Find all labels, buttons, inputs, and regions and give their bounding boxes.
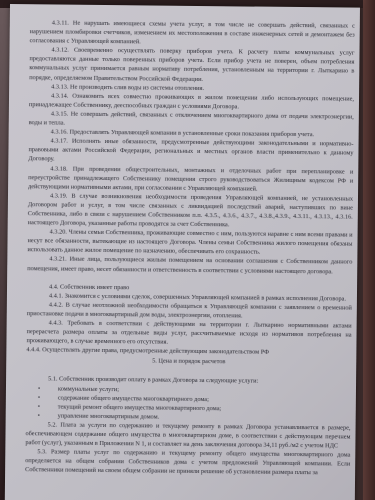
clause-number: 4.3.13. <box>51 83 68 90</box>
clause-number: 5.2. <box>48 421 58 428</box>
clause-4-3-17: 4.3.17. Исполнять иные обязанности, пред… <box>28 136 353 167</box>
clause-4-3-11: 4.3.11. Не нарушать имеющиеся схемы учет… <box>30 18 355 49</box>
clause-4-4-3: 4.4.3. Требовать в соответствии с действ… <box>26 318 351 349</box>
clause-text: Исполнять иные обязанности, предусмотрен… <box>28 138 353 163</box>
clause-number: 4.4.2. <box>49 301 63 308</box>
clause-text: Осуществлять другие права, предусмотренн… <box>42 347 269 356</box>
document-content: 4.3.11. Не нарушать имеющиеся схемы учет… <box>25 18 355 478</box>
clause-number: 4.3.19. <box>50 192 67 199</box>
clause-4-3-21: 4.3.21. Иные лица, пользующиеся жилым по… <box>27 255 352 277</box>
clause-text: Не нарушать имеющиеся схемы учета услуг,… <box>30 20 355 46</box>
clause-5-2: 5.2. Плата за услуги по содержанию и тек… <box>25 420 350 451</box>
section-4-4: 4.4. Собственник имеет право 4.4.1. Знак… <box>26 282 352 358</box>
clause-4-3-20: 4.3.20. Члены семьи Собственника, прожив… <box>27 227 352 258</box>
clause-text: В случае возникновения необходимости про… <box>28 192 353 228</box>
clause-text: Своевременно осуществлять поверку прибор… <box>29 47 354 83</box>
clause-text: Плата за услуги по содержанию и текущему… <box>25 421 350 449</box>
clause-4-3-19: 4.3.19. В случае возникновения необходим… <box>28 191 353 231</box>
section-5: 5.1. Собственник производит оплату в рам… <box>25 375 351 478</box>
services-list: коммунальные услуги; содержание общего и… <box>26 384 351 424</box>
clause-5-3: 5.3. Размер платы услуг по содержанию и … <box>25 447 350 478</box>
clause-number: 4.4.1. <box>49 292 63 299</box>
clause-number: 5.3. <box>37 449 47 456</box>
clause-text: Размер платы услуг по содержанию и текущ… <box>25 449 350 477</box>
clause-4-3-12: 4.3.12. Своевременно осуществлять поверк… <box>29 45 354 85</box>
clause-number: 5.1. <box>48 376 58 383</box>
clause-number: 4.4.4. <box>26 346 40 353</box>
clause-number: 4.3.17. <box>51 138 68 145</box>
document-page: 4.3.11. Не нарушать имеющиеся схемы учет… <box>5 4 360 500</box>
clause-number: 4.3.14. <box>51 92 68 99</box>
clause-text: В случае неотложной необходимости обраща… <box>27 301 352 319</box>
clause-number: 4.3.18. <box>50 165 67 172</box>
clause-number: 4.3.20. <box>50 229 67 236</box>
clause-number: 4.3.16. <box>51 129 68 136</box>
clause-number: 4.3.11. <box>52 19 69 26</box>
clause-number: 4.4.3. <box>49 319 63 326</box>
clause-4-3-18: 4.3.18. При проведении общестроительных,… <box>28 164 353 195</box>
section-4-3-list: 4.3.11. Не нарушать имеющиеся схемы учет… <box>27 18 355 276</box>
clause-text: Не производить слив воды из системы отоп… <box>70 83 204 91</box>
clause-text: Иные лица, пользующиеся жилым помещением… <box>27 256 352 275</box>
clause-text: Не совершать действий, связанных с отклю… <box>29 111 354 127</box>
clause-text: Члены семьи Собственника, проживающие со… <box>27 229 352 256</box>
background-right <box>363 0 375 500</box>
clause-number: 4.3.15. <box>51 110 68 117</box>
clause-text: Ознакомить всех совместно проживающих в … <box>29 92 354 110</box>
clause-number: 4.3.21. <box>49 256 66 263</box>
clause-text: При проведении общестроительных, монтажн… <box>28 165 353 192</box>
clause-text: Требовать в соответствии с действующими … <box>26 320 351 346</box>
clause-number: 4.3.12. <box>51 47 68 54</box>
